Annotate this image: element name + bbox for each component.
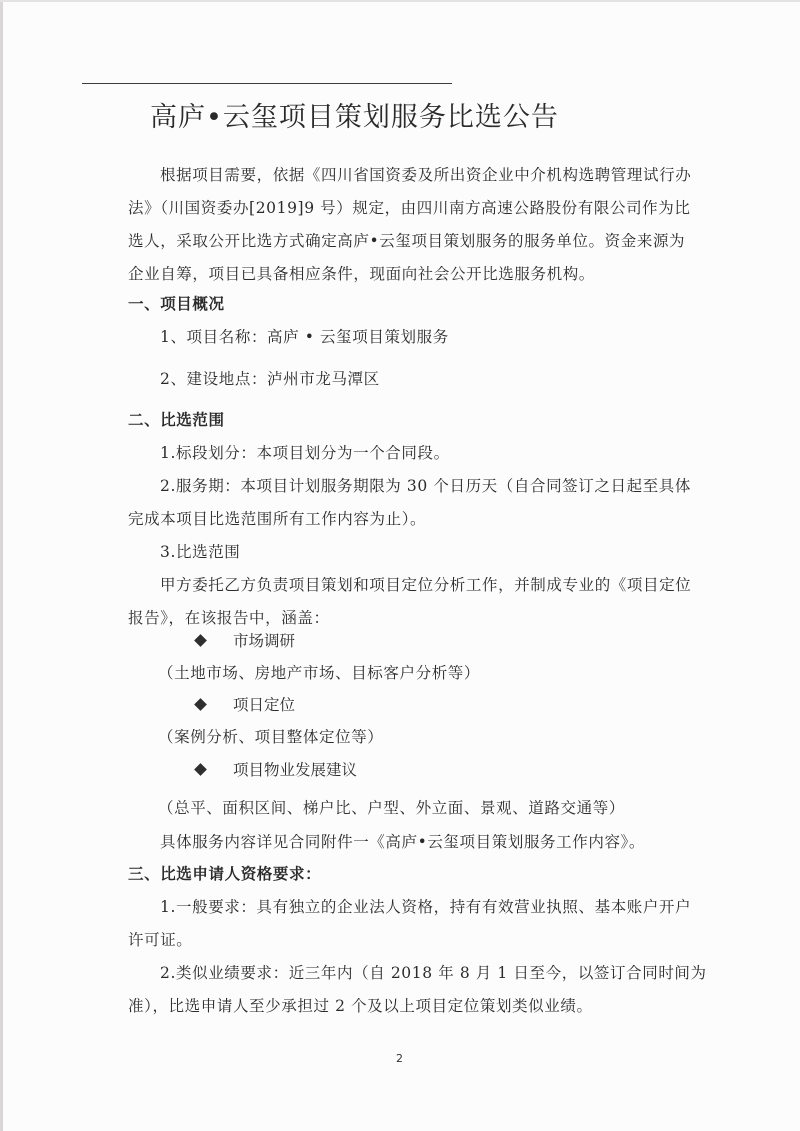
section-heading-scope: 二、比选范围 <box>128 408 225 430</box>
general-req-line: 1.一般要求：具有独立的企业法人资格，持有有效营业执照、基本账户开户 <box>160 895 691 917</box>
diamond-bullet-icon <box>194 698 207 711</box>
service-content-note: 具体服务内容详见合同附件一《高庐•云玺项目策划服务工作内容》。 <box>160 830 645 852</box>
service-period-line: 完成本项目比选范围所有工作内容为止）。 <box>128 507 426 529</box>
project-name-line: 1、项目名称：高庐 • 云玺项目策划服务 <box>160 325 449 347</box>
bullet-detail: （案例分析、项目整体定位等） <box>158 725 383 747</box>
bullet-label: 项日定位 <box>233 696 295 714</box>
diamond-bullet-icon <box>194 634 207 647</box>
bullet-label: 市场调研 <box>233 632 295 650</box>
scope-desc-line: 报告》，在该报告中，涵盖： <box>128 606 330 628</box>
bullet-detail: （总平、面积区间、梯户比、户型、外立面、景观、道路交通等） <box>158 796 625 818</box>
scan-edge-top <box>0 0 800 2</box>
scope-label: 3.比选范围 <box>160 540 240 562</box>
service-period-line: 2.服务期：本项目计划服务期限为 30 个日历天（自合同签订之日起至具体 <box>160 474 691 496</box>
bullet-item: 项日定位 <box>196 693 295 715</box>
bullet-item: 市场调研 <box>196 629 295 651</box>
intro-line: 法》（川国资委办[2019]9 号）规定，由四川南方高速公路股份有限公司作为比 <box>128 196 690 218</box>
general-req-line: 许可证。 <box>128 928 192 950</box>
header-rule <box>82 83 452 84</box>
location-line: 2、建设地点：泸州市龙马潭区 <box>160 367 380 389</box>
scan-edge <box>0 0 3 1131</box>
bullet-detail: （土地市场、房地产市场、目标客户分析等） <box>158 661 480 683</box>
page-title: 高庐•云玺项目策划服务比选公告 <box>0 95 800 134</box>
intro-line: 根据项目需要，依据《四川省国资委及所出资企业中介机构选聘管理试行办 <box>160 163 691 185</box>
intro-line: 选人，采取公开比选方式确定高庐•云玺项目策划服务的服务单位。资金来源为 <box>128 229 685 251</box>
performance-req-line: 2.类似业绩要求：近三年内（自 2018 年 8 月 1 日至今，以签订合同时间… <box>160 961 707 983</box>
performance-req-line: 准），比选申请人至少承担过 2 个及以上项目定位策划类似业绩。 <box>128 994 593 1016</box>
bullet-label: 项目物业发展建议 <box>233 761 357 779</box>
page-number: 2 <box>396 1052 403 1065</box>
diamond-bullet-icon <box>194 763 207 776</box>
bullet-item: 项目物业发展建议 <box>196 758 357 780</box>
intro-line: 企业自筹，项目已具备相应条件，现面向社会公开比选服务机构。 <box>128 262 595 284</box>
lot-division-line: 1.标段划分：本项目划分为一个合同段。 <box>160 441 450 463</box>
section-heading-qualification: 三、比选申请人资格要求： <box>128 862 321 884</box>
section-heading-overview: 一、项目概况 <box>128 292 225 314</box>
scope-desc-line: 甲方委托乙方负责项目策划和项目定位分析工作，并制成专业的《项目定位 <box>160 573 691 595</box>
